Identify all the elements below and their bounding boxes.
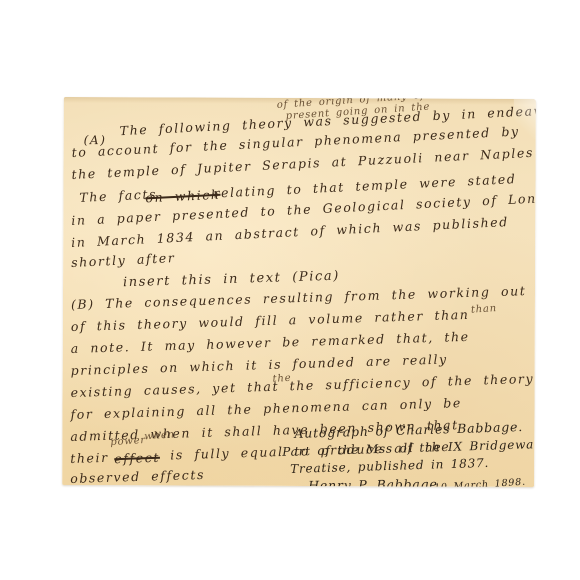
replaced-word: power [110, 435, 146, 448]
section-b-marker: (B) [71, 296, 95, 312]
annotation-line-3: Treatise, published in 1837. [290, 456, 489, 476]
annotation-date: 10 March 1898. [434, 477, 526, 487]
signature: Henry P. Babbage [308, 476, 438, 487]
insert-note: insert this in text (Pica) [123, 269, 340, 291]
section-a-line-7: shortly after [71, 250, 176, 270]
photo-stage: (A) of the origin of many of the changes… [0, 0, 580, 580]
struck-word: effect [114, 450, 160, 466]
struck-text-a: on which [145, 187, 221, 206]
manuscript-page: (A) of the origin of many of the changes… [62, 97, 536, 487]
section-b-line-9: observed effects [70, 467, 205, 486]
insertion-above-b-3: when [144, 429, 175, 442]
section-b-line-8a: their [70, 450, 109, 466]
insertion-above-b: than [471, 303, 498, 316]
section-b-line-4: principles on which it is founded are re… [70, 351, 448, 378]
